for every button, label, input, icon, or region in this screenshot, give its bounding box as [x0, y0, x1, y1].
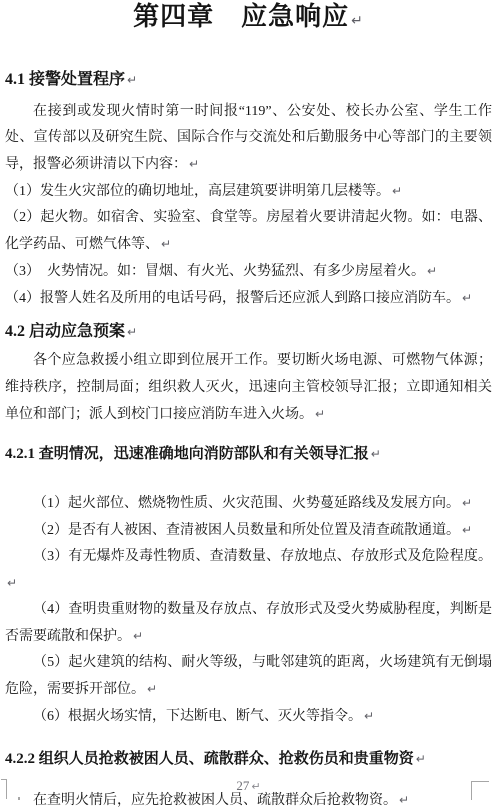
paragraph-mark-icon: ↵ [251, 780, 260, 793]
list-item-4-2-1-5: （5）起火建筑的结构、耐火等级，与毗邻建筑的距离，火场建筑有无倒塌危险，需要拆开… [5, 650, 492, 703]
section-heading-4-2-text: 4.2 启动应急预案 [5, 323, 125, 340]
list-item-4-1-3: （3） 火势情况。如：冒烟、有火光、火势猛烈、有多少房屋着火。↵ [5, 258, 492, 285]
list-item-4-1-1: （1）发生火灾部位的确切地址，高层建筑要讲明第几层楼等。↵ [5, 178, 492, 205]
list-item-4-1-4: （4）报警人姓名及所用的电话号码，报警后还应派人到路口接应消防车。↵ [5, 285, 492, 312]
paragraph-mark-icon: ↵ [351, 13, 364, 29]
section-heading-4-2-1-text: 4.2.1 查明情况，迅速准确地向消防部队和有关领导汇报 [5, 446, 369, 462]
list-item-4-2-1-2: （2）是否有人被困、查清被困人员数量和所处位置及清查疏散通道。↵ [5, 517, 492, 544]
text-area: 第四章 应急响应↵ 4.1 接警处置程序↵ 在接到或发现火情时第一时间报“119… [0, 0, 497, 810]
paragraph-mark-icon: ↵ [392, 184, 402, 198]
list-item-4-2-1-3: （3）有无爆炸及毒性物质、查清数量、存放地点、存放形式及危险程度。↵ [5, 544, 492, 597]
list-item-4-2-1-4: （4）查明贵重财物的数量及存放点、存放形式及受火势威胁程度，判断是否需要疏散和保… [5, 597, 492, 650]
paragraph-mark-icon: ↵ [147, 682, 157, 696]
paragraph-mark-icon: ↵ [462, 523, 472, 537]
list-item-4-1-2: （2）起火物。如宿舍、实验室、食堂等。房屋着火要讲清起火物。如：电器、化学药品、… [5, 205, 492, 258]
paragraph-mark-icon: ↵ [133, 629, 143, 643]
paragraph-mark-icon: ↵ [127, 73, 137, 87]
paragraph-4-1-intro: 在接到或发现火情时第一时间报“119”、公安处、校长办公室、学生工作处、宣传部以… [5, 99, 492, 178]
paragraph-mark-icon: ↵ [161, 237, 171, 251]
section-heading-4-1: 4.1 接警处置程序↵ [5, 70, 492, 90]
paragraph-4-2-body: 各个应急救援小组立即到位展开工作。要切断火场电源、可燃物气体源；维持秩序，控制局… [5, 347, 492, 428]
section-heading-4-2: 4.2 启动应急预案↵ [5, 322, 492, 342]
section-heading-4-2-2-text: 4.2.2 组织人员抢救被困人员、疏散群众、抢救伤员和贵重物资 [5, 751, 414, 767]
list-item-text: （5）起火建筑的结构、耐火等级，与毗邻建筑的距离，火场建筑有无倒塌危险，需要拆开… [5, 655, 492, 697]
paragraph-mark-icon: ↵ [462, 291, 472, 305]
paragraph-text: 在接到或发现火情时第一时间报“119”、公安处、校长办公室、学生工作处、宣传部以… [5, 104, 492, 172]
paragraph-text: 各个应急救援小组立即到位展开工作。要切断火场电源、可燃物气体源；维持秩序，控制局… [5, 353, 492, 422]
list-item-text: （1）起火部位、燃烧物性质、火灾范围、火势蔓延路线及发展方向。 [33, 496, 460, 511]
paragraph-mark-icon: ↵ [416, 752, 426, 766]
list-item-text: （4）查明贵重财物的数量及存放点、存放形式及受火势威胁程度，判断是否需要疏散和保… [5, 602, 492, 644]
section-heading-4-2-2: 4.2.2 组织人员抢救被困人员、疏散群众、抢救伤员和贵重物资↵ [5, 750, 492, 769]
chapter-title: 第四章 应急响应↵ [5, 0, 492, 37]
text-boundary-dot [18, 797, 20, 800]
list-item-text: （6）根据火场实情，下达断电、断气、灭火等指令。 [33, 709, 362, 724]
paragraph-mark-icon: ↵ [127, 325, 137, 339]
paragraph-mark-icon: ↵ [315, 407, 325, 421]
list-item-text: （3）有无爆炸及毒性物质、查清数量、存放地点、存放形式及危险程度。 [33, 549, 492, 564]
paragraph-mark-icon: ↵ [427, 264, 437, 278]
list-item-text: （2）起火物。如宿舍、实验室、食堂等。房屋着火要讲清起火物。如：电器、化学药品、… [5, 210, 492, 252]
page-number: 27↵ [0, 777, 497, 796]
list-item-4-2-1-1: （1）起火部位、燃烧物性质、火灾范围、火势蔓延路线及发展方向。↵ [5, 490, 492, 517]
list-item-text: （2）是否有人被困、查清被困人员数量和所处位置及清查疏散通道。 [33, 523, 460, 538]
paragraph-mark-icon: ↵ [371, 447, 381, 461]
paragraph-mark-icon: ↵ [189, 157, 199, 171]
list-item-text: （1）发生火灾部位的确切地址，高层建筑要讲明第几层楼等。 [5, 184, 390, 199]
list-item-text: （3） 火势情况。如：冒烟、有火光、火势猛烈、有多少房屋着火。 [5, 264, 425, 279]
paragraph-mark-icon: ↵ [462, 496, 472, 510]
paragraph-mark-icon: ↵ [7, 576, 17, 590]
paragraph-mark-icon: ↵ [364, 709, 374, 723]
section-heading-4-2-1: 4.2.1 查明情况，迅速准确地向消防部队和有关领导汇报↵ [5, 445, 492, 464]
text-boundary-mark-right [471, 781, 489, 800]
document-page: 第四章 应急响应↵ 4.1 接警处置程序↵ 在接到或发现火情时第一时间报“119… [0, 0, 497, 810]
page-number-text: 27 [236, 778, 249, 793]
chapter-title-text: 第四章 应急响应 [133, 2, 349, 31]
text-boundary-mark-left [1, 779, 7, 799]
list-item-4-2-1-6: （6）根据火场实情，下达断电、断气、灭火等指令。↵ [5, 703, 492, 730]
section-heading-4-1-text: 4.1 接警处置程序 [5, 71, 125, 88]
list-item-text: （4）报警人姓名及所用的电话号码，报警后还应派人到路口接应消防车。 [5, 291, 460, 306]
